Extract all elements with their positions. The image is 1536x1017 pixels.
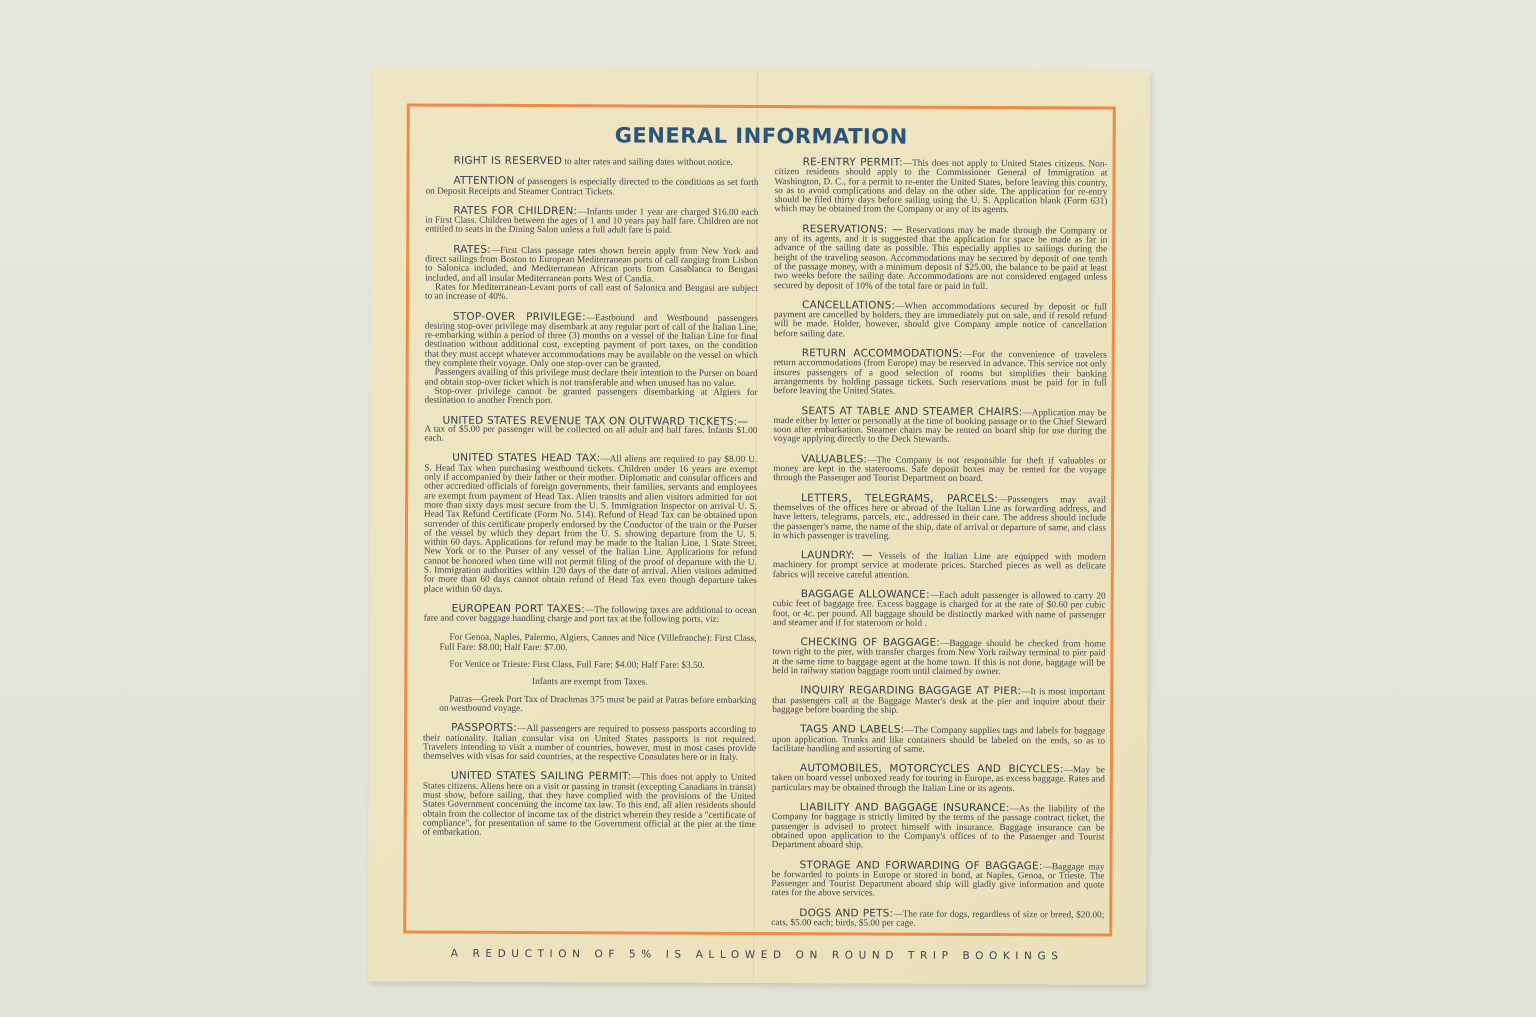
section-return-accommodations: RETURN ACCOMMODATIONS:—For the convenien… (774, 349, 1107, 398)
section-body-continued: Rates for Mediterranean-Levant ports of … (425, 284, 758, 304)
section-baggage-allowance: BAGGAGE ALLOWANCE:—Each adult passenger … (773, 590, 1106, 630)
right-column: RE-ENTRY PERMIT:—This does not apply to … (771, 158, 1107, 940)
section-passports: PASSPORTS:—All passengers are required t… (423, 724, 756, 764)
section-head-tax: UNITED STATES HEAD TAX:—All aliens are r… (424, 454, 758, 596)
section-body-continued: Stop-over privilege cannot be granted pa… (425, 387, 758, 407)
section-rates-for-children: RATES FOR CHILDREN:—Infants under 1 year… (425, 206, 758, 236)
section-inquiry-baggage: INQUIRY REGARDING BAGGAGE AT PIER:—It is… (772, 686, 1105, 716)
section-body: —This does not apply to United States ci… (423, 773, 756, 838)
section-revenue-tax: UNITED STATES REVENUE TAX ON OUTWARD TIC… (424, 416, 757, 445)
section-heading: RIGHT IS RESERVED (436, 155, 563, 168)
section-reservations: RESERVATIONS: — Reservations may be made… (774, 225, 1107, 293)
section-re-entry-permit: RE-ENTRY PERMIT:—This does not apply to … (774, 158, 1107, 216)
section-checking-baggage: CHECKING OF BAGGAGE:—Baggage should be c… (772, 638, 1105, 678)
section-valuables: VALUABLES:—The Company is not responsibl… (773, 455, 1106, 485)
brochure-page: GENERAL INFORMATION RIGHT IS RESERVED to… (368, 67, 1150, 984)
section-sailing-permit: UNITED STATES SAILING PERMIT:—This does … (423, 772, 756, 840)
port-tax-line: Infants are exempt from Taxes. (423, 678, 756, 689)
section-laundry: LAUNDRY: — Vessels of the Italian Line a… (773, 551, 1106, 581)
section-letters-telegrams: LETTERS, TELEGRAMS, PARCELS:—Passengers … (773, 494, 1106, 543)
section-body: —This does not apply to United States ci… (774, 159, 1107, 216)
section-body: —Eastbound and Westbound passengers desi… (425, 313, 758, 370)
section-cancellations: CANCELLATIONS:—When accommodations secur… (774, 301, 1107, 341)
section-seats-steamer-chairs: SEATS AT TABLE AND STEAMER CHAIRS:—Appli… (773, 407, 1106, 447)
port-tax-line: Patras—Greek Port Tax of Drachmas 375 mu… (423, 695, 756, 715)
page-title: GENERAL INFORMATION (410, 122, 1113, 149)
section-european-port-taxes: EUROPEAN PORT TAXES:—The following taxes… (424, 604, 757, 625)
section-stop-over-privilege: STOP-OVER PRIVILEGE:—Eastbound and Westb… (425, 312, 758, 407)
orange-border-frame: GENERAL INFORMATION RIGHT IS RESERVED to… (403, 103, 1116, 936)
section-body: —All aliens are required to pay $8.00 U.… (424, 455, 758, 595)
left-column: RIGHT IS RESERVED to alter rates and sai… (423, 157, 759, 850)
section-dogs-pets: DOGS AND PETS:—The rate for dogs, regard… (771, 909, 1104, 930)
section-rates: RATES:—First Class passage rates shown h… (425, 245, 758, 303)
section-body: to alter rates and sailing dates without… (562, 157, 733, 168)
section-right-reserved: RIGHT IS RESERVED to alter rates and sai… (426, 157, 759, 169)
port-tax-line: For Venice or Trieste: First Class, Full… (423, 661, 756, 672)
section-automobiles: AUTOMOBILES, MOTORCYCLES AND BICYCLES:—M… (772, 764, 1105, 794)
section-body: A tax of $5.00 per passenger will be col… (424, 425, 757, 445)
section-storage-forwarding: STORAGE AND FORWARDING OF BAGGAGE:—Bagga… (771, 861, 1104, 901)
round-trip-discount-footer: A REDUCTION OF 5% IS ALLOWED ON ROUND TR… (368, 947, 1146, 962)
section-tags-labels: TAGS AND LABELS:—The Company supplies ta… (772, 725, 1105, 755)
section-liability-insurance: LIABILITY AND BAGGAGE INSURANCE:—As the … (772, 803, 1105, 852)
section-port-tax-details: For Genoa, Naples, Palermo, Algiers, Can… (423, 634, 756, 715)
section-attention: ATTENTION of passengers is especially di… (425, 177, 758, 198)
section-body: Reservations may be made through the Com… (774, 225, 1107, 291)
port-tax-line: For Genoa, Naples, Palermo, Algiers, Can… (423, 634, 756, 654)
